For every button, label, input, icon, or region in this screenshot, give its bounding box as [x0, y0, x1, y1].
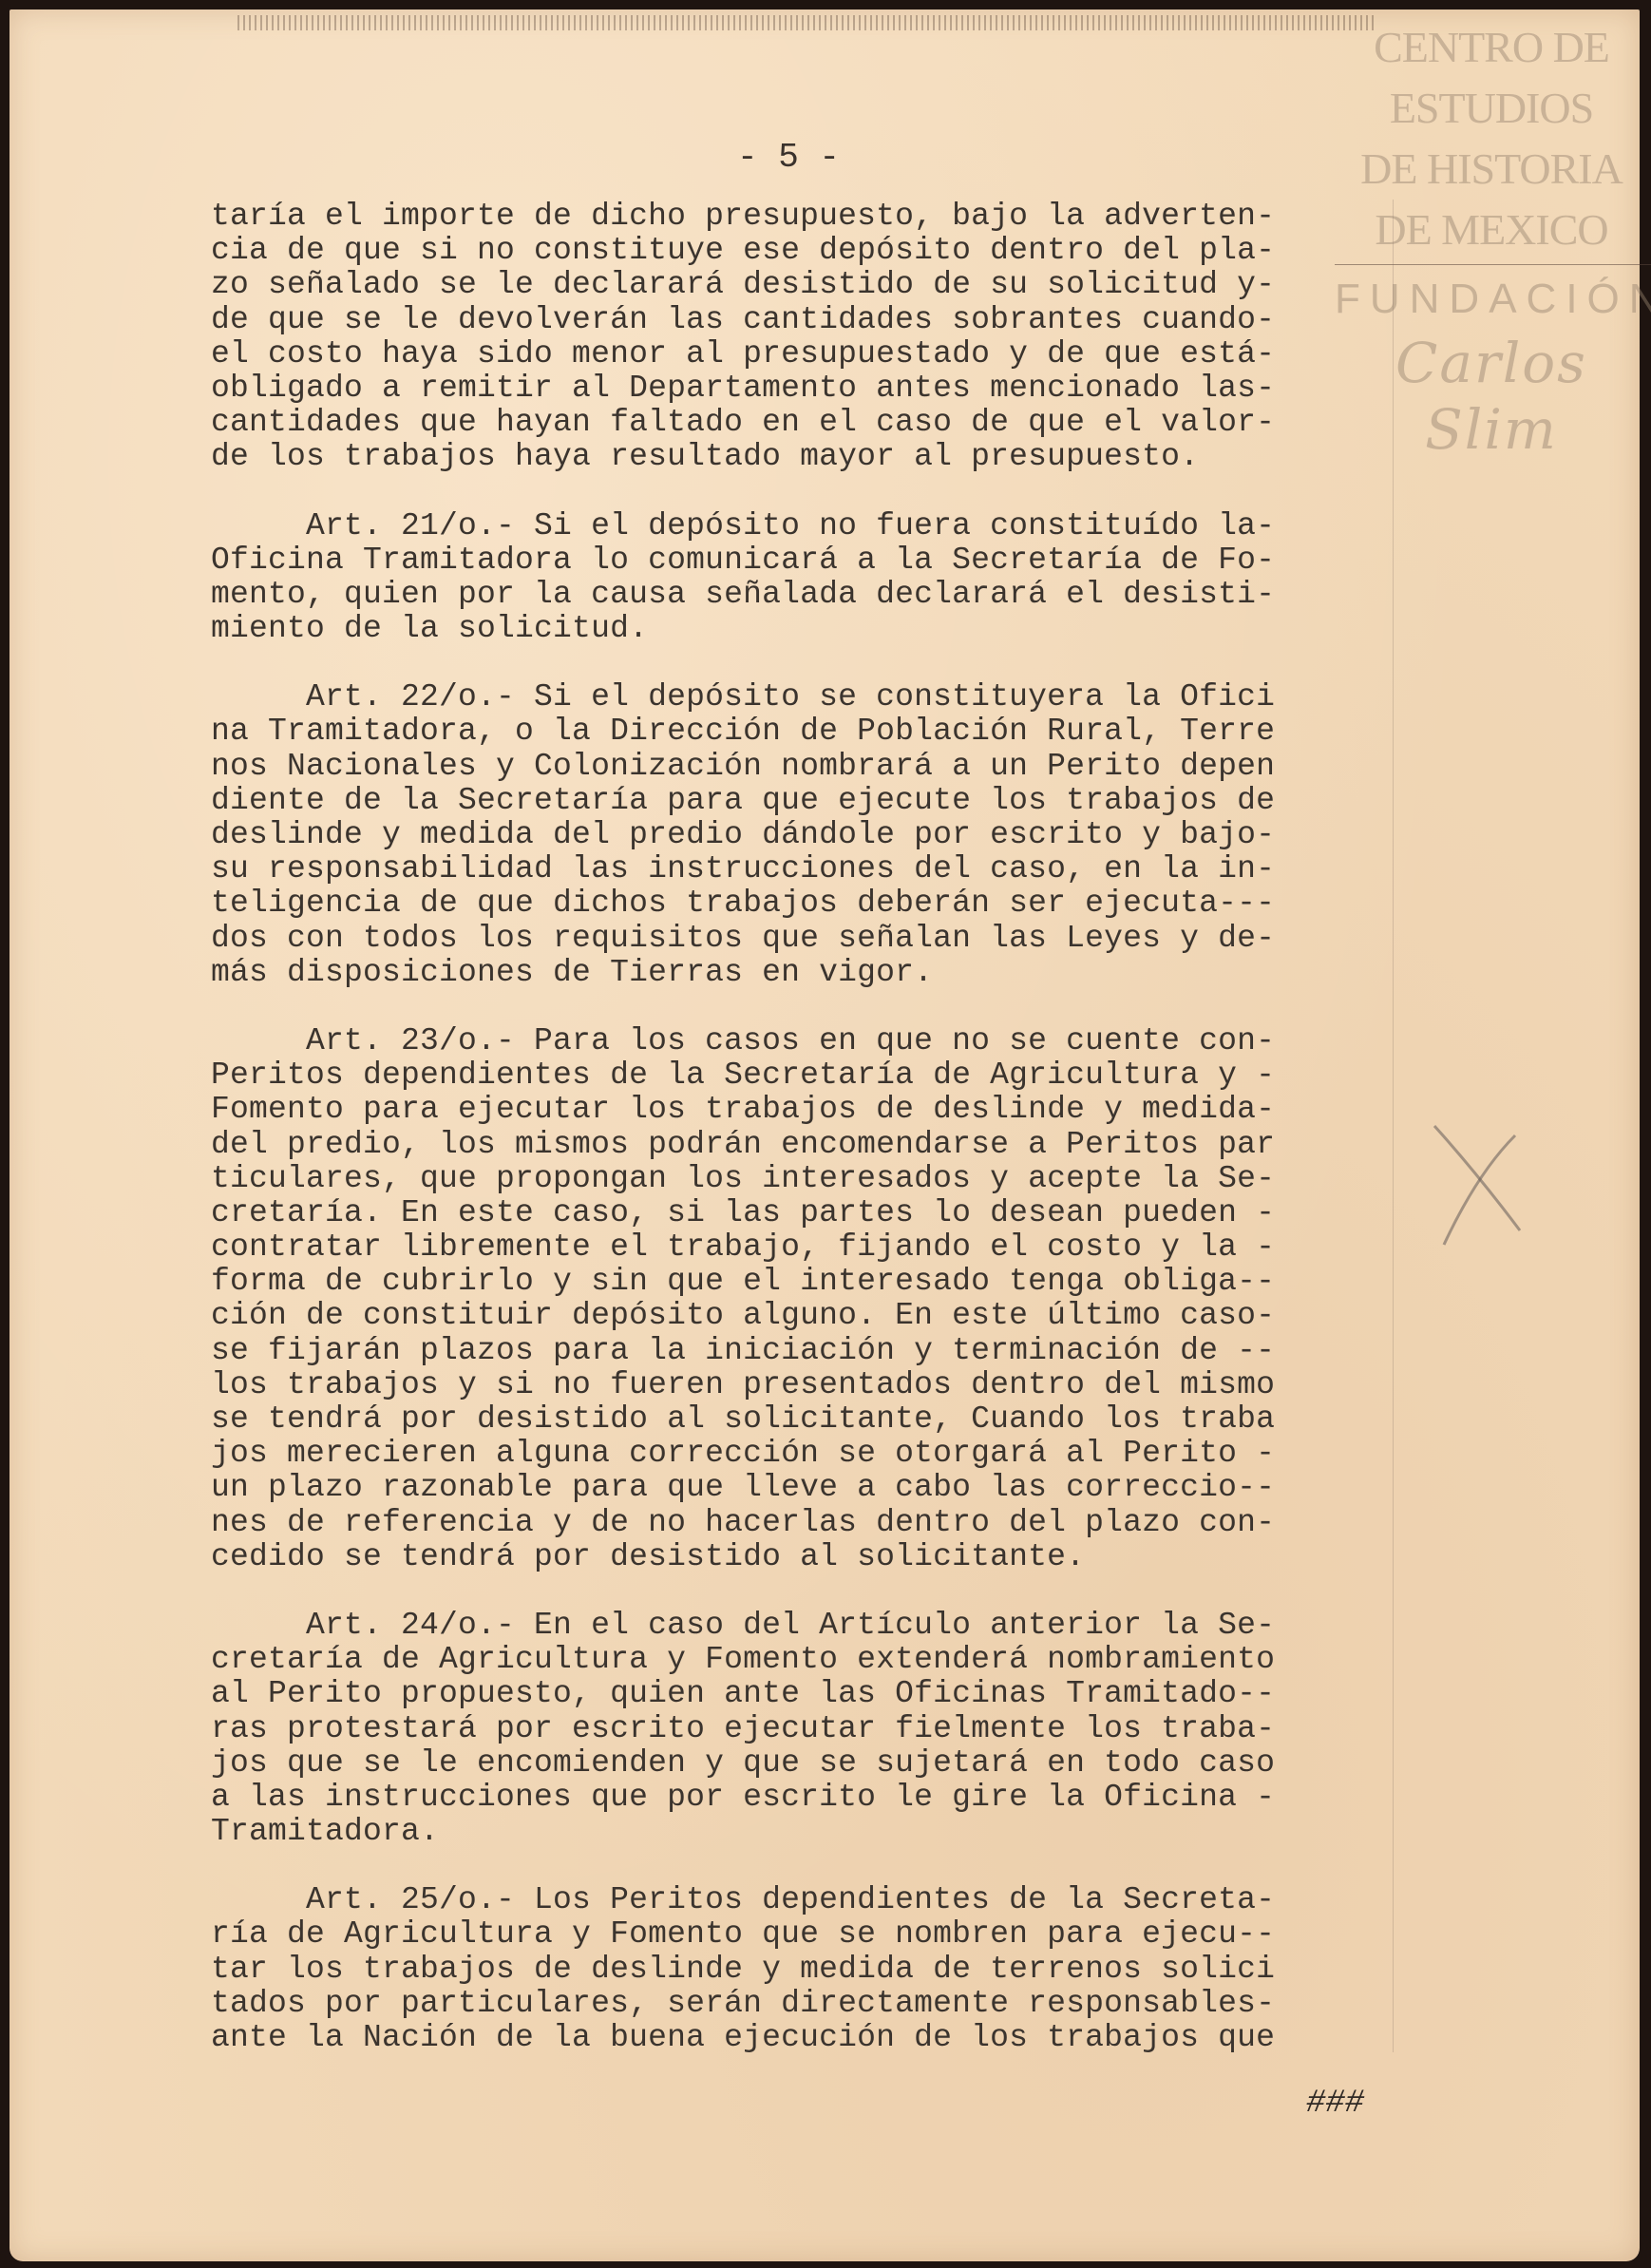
text-line: forma de cubrirlo y sin que el interesad… — [211, 1265, 1389, 1299]
text-line: de los trabajos haya resultado mayor al … — [211, 440, 1389, 474]
text-line: ante la Nación de la buena ejecución de … — [211, 2021, 1389, 2055]
text-line: nos Nacionales y Colonización nombrará a… — [211, 750, 1389, 784]
text-line: se fijarán plazos para la iniciación y t… — [211, 1334, 1389, 1368]
paragraph-continuation: taría el importe de dicho presupuesto, b… — [211, 200, 1389, 475]
watermark-line: ESTUDIOS — [1335, 78, 1648, 139]
paragraph-article-24: Art. 24/o.- En el caso del Artículo ante… — [211, 1609, 1389, 1849]
paragraph-article-23: Art. 23/o.- Para los casos en que no se … — [211, 1024, 1389, 1574]
text-line: ción de constituir depósito alguno. En e… — [211, 1299, 1389, 1333]
margin-line — [1393, 200, 1394, 2052]
text-line: deslinde y medida del predio dándole por… — [211, 818, 1389, 852]
text-line: al Perito propuesto, quien ante las Ofic… — [211, 1677, 1389, 1711]
text-line: tados por particulares, serán directamen… — [211, 1987, 1389, 2021]
watermark-line: CENTRO DE — [1335, 17, 1648, 78]
text-line: cretaría de Agricultura y Fomento extend… — [211, 1643, 1389, 1677]
text-line: Oficina Tramitadora lo comunicará a la S… — [211, 543, 1389, 578]
pencil-x-mark-icon — [1430, 1116, 1525, 1249]
text-line: ticulares, que propongan los interesados… — [211, 1162, 1389, 1196]
text-line: el costo haya sido menor al presupuestad… — [211, 337, 1389, 372]
watermark-line: DE HISTORIA — [1335, 139, 1648, 200]
scan-artifact — [237, 15, 1377, 30]
text-line: del predio, los mismos podrán encomendar… — [211, 1128, 1389, 1162]
text-line: un plazo razonable para que lleve a cabo… — [211, 1471, 1389, 1505]
text-line: miento de la solicitud. — [211, 612, 1389, 646]
text-line: de que se le devolverán las cantidades s… — [211, 303, 1389, 337]
text-line: zo señalado se le declarará desistido de… — [211, 268, 1389, 302]
text-line: su responsabilidad las instrucciones del… — [211, 852, 1389, 886]
text-line: cantidades que hayan faltado en el caso … — [211, 406, 1389, 440]
text-line: ras protestará por escrito ejecutar fiel… — [211, 1712, 1389, 1746]
text-line: Art. 22/o.- Si el depósito se constituye… — [211, 680, 1389, 715]
document-body: taría el importe de dicho presupuesto, b… — [211, 200, 1389, 2055]
text-line: taría el importe de dicho presupuesto, b… — [211, 200, 1389, 234]
text-line: los trabajos y si no fueren presentados … — [211, 1368, 1389, 1402]
text-line: teligencia de que dichos trabajos deberá… — [211, 886, 1389, 921]
text-line: ría de Agricultura y Fomento que se nomb… — [211, 1917, 1389, 1952]
end-mark: ### — [1306, 2086, 1364, 2122]
text-line: Fomento para ejecutar los trabajos de de… — [211, 1093, 1389, 1127]
text-line: cia de que si no constituye ese depósito… — [211, 234, 1389, 268]
paragraph-article-22: Art. 22/o.- Si el depósito se constituye… — [211, 680, 1389, 990]
text-line: tar los trabajos de deslinde y medida de… — [211, 1953, 1389, 1987]
text-line: Tramitadora. — [211, 1815, 1389, 1849]
text-line: Art. 21/o.- Si el depósito no fuera cons… — [211, 509, 1389, 543]
paragraph-article-21: Art. 21/o.- Si el depósito no fuera cons… — [211, 509, 1389, 647]
text-line: a las instrucciones que por escrito le g… — [211, 1781, 1389, 1815]
text-line: na Tramitadora, o la Dirección de Poblac… — [211, 715, 1389, 749]
text-line: diente de la Secretaría para que ejecute… — [211, 784, 1389, 818]
text-line: cretaría. En este caso, si las partes lo… — [211, 1196, 1389, 1230]
page-number: - 5 - — [731, 138, 845, 177]
text-line: Art. 25/o.- Los Peritos dependientes de … — [211, 1883, 1389, 1917]
text-line: jos que se le encomienden y que se sujet… — [211, 1746, 1389, 1781]
text-line: cedido se tendrá por desistido al solici… — [211, 1540, 1389, 1574]
text-line: nes de referencia y de no hacerlas dentr… — [211, 1506, 1389, 1540]
paragraph-article-25: Art. 25/o.- Los Peritos dependientes de … — [211, 1883, 1389, 2055]
text-line: jos merecieren alguna corrección se otor… — [211, 1437, 1389, 1471]
text-line: mento, quien por la causa señalada decla… — [211, 578, 1389, 612]
text-line: se tendrá por desistido al solicitante, … — [211, 1402, 1389, 1437]
text-line: dos con todos los requisitos que señalan… — [211, 922, 1389, 956]
text-line: Art. 23/o.- Para los casos en que no se … — [211, 1024, 1389, 1058]
text-line: más disposiciones de Tierras en vigor. — [211, 956, 1389, 990]
text-line: Peritos dependientes de la Secretaría de… — [211, 1058, 1389, 1093]
text-line: Art. 24/o.- En el caso del Artículo ante… — [211, 1609, 1389, 1643]
text-line: contratar libremente el trabajo, fijando… — [211, 1230, 1389, 1265]
text-line: obligado a remitir al Departamento antes… — [211, 372, 1389, 406]
document-page: CENTRO DE ESTUDIOS DE HISTORIA DE MEXICO… — [9, 10, 1640, 2261]
